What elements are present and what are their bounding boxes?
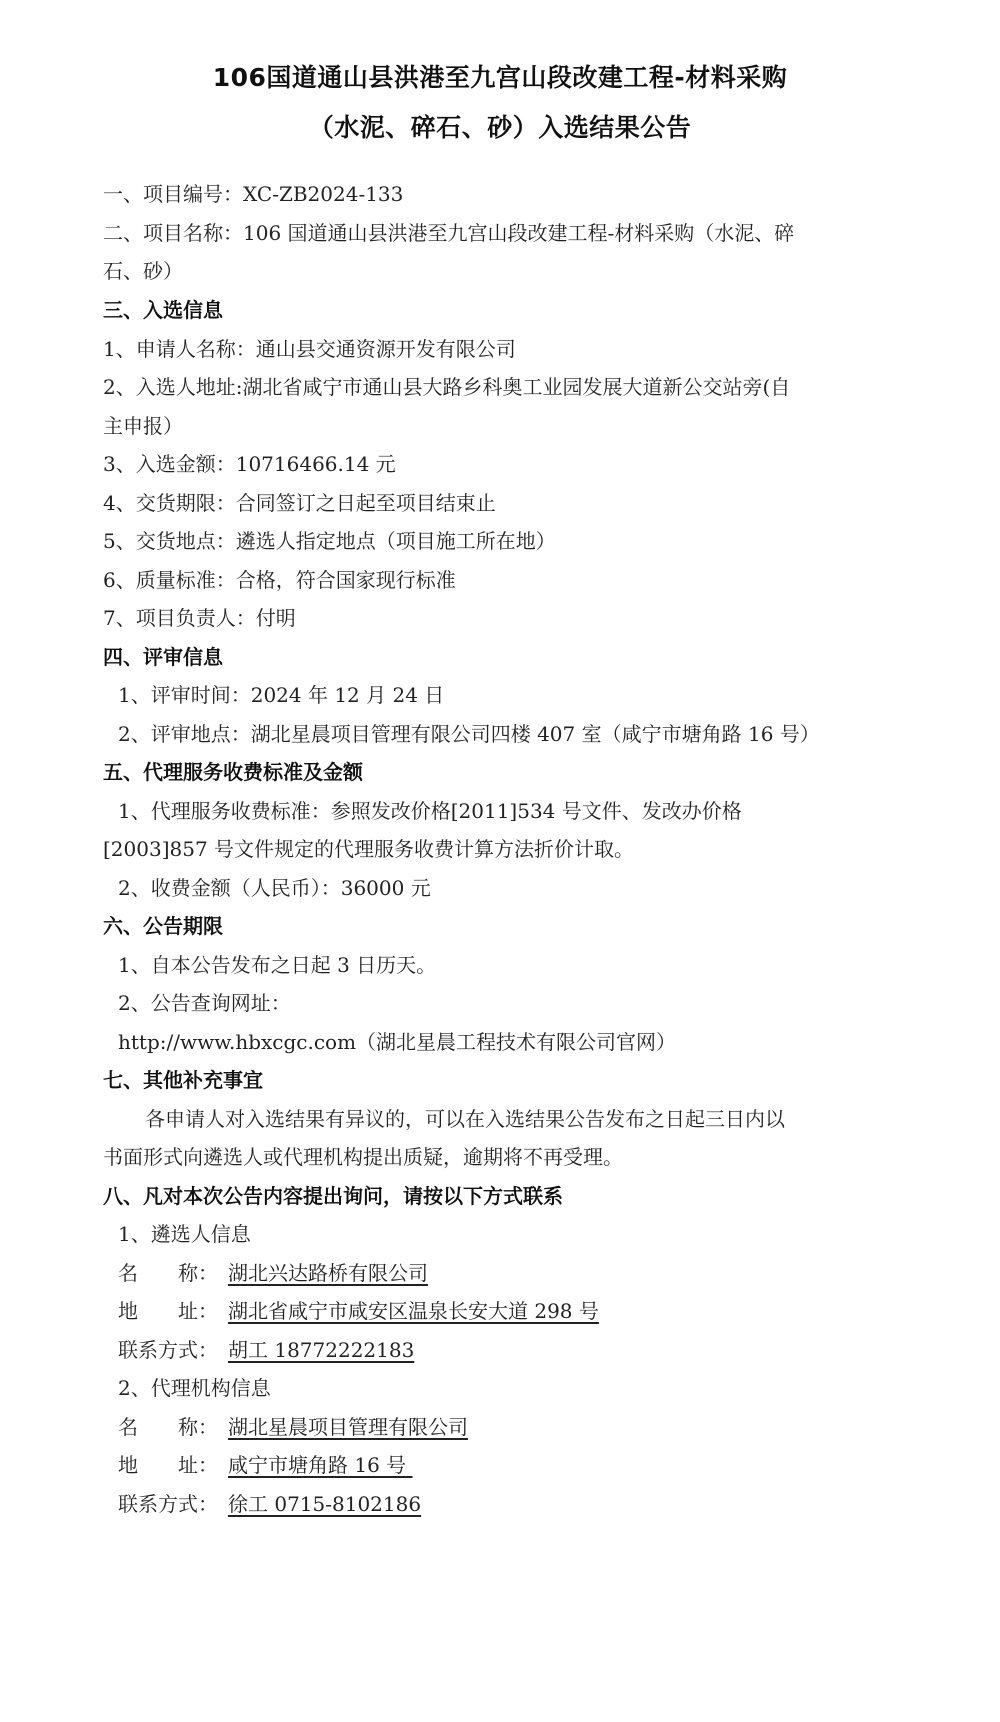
section-heading-other-matters: 七、其他补充事宜 bbox=[103, 1066, 923, 1094]
delivery-location: 5、交货地点：遴选人指定地点（项目施工所在地） bbox=[103, 527, 923, 555]
selected-amount: 3、入选金额：10716466.14 元 bbox=[103, 450, 923, 478]
agency-name-label: 名 称： bbox=[118, 1413, 228, 1441]
project-leader: 7、项目负责人：付明 bbox=[103, 604, 923, 632]
agency-contact-label: 联系方式： bbox=[118, 1490, 228, 1518]
project-name-line1: 二、项目名称：106 国道通山县洪港至九宫山段改建工程-材料采购（水泥、碎 bbox=[103, 219, 923, 247]
page-title-line2: （水泥、碎石、砂）入选结果公告 bbox=[0, 108, 1000, 144]
quality-standard: 6、质量标准：合格，符合国家现行标准 bbox=[103, 566, 923, 594]
selected-address-line1: 2、入选人地址:湖北省咸宁市通山县大路乡科奥工业园发展大道新公交站旁(自 bbox=[103, 373, 923, 401]
agency-contact-value: 徐工 0715-8102186 bbox=[228, 1492, 421, 1516]
agency-fee-standard-line2: [2003]857 号文件规定的代理服务收费计算方法折价计取。 bbox=[103, 835, 923, 863]
review-location: 2、评审地点：湖北星晨项目管理有限公司四楼 407 室（咸宁市塘角路 16 号） bbox=[118, 720, 938, 748]
announcement-duration: 1、自本公告发布之日起 3 日历天。 bbox=[118, 951, 938, 979]
agency-name-row: 名 称：湖北星晨项目管理有限公司 bbox=[118, 1413, 938, 1441]
agency-address-value: 咸宁市塘角路 16 号 bbox=[228, 1453, 413, 1477]
section-heading-review-info: 四、评审信息 bbox=[103, 643, 923, 671]
query-url-label: 2、公告查询网址： bbox=[118, 989, 938, 1017]
agency-contact-row: 联系方式：徐工 0715-8102186 bbox=[118, 1490, 938, 1518]
section-heading-announcement-period: 六、公告期限 bbox=[103, 912, 923, 940]
page-title-line1: 106国道通山县洪港至九宫山段改建工程-材料采购 bbox=[0, 58, 1000, 94]
selector-info-heading: 1、遴选人信息 bbox=[118, 1220, 938, 1248]
agency-name-value: 湖北星晨项目管理有限公司 bbox=[228, 1415, 468, 1439]
selector-contact-label: 联系方式： bbox=[118, 1336, 228, 1364]
section-heading-selection-info: 三、入选信息 bbox=[103, 296, 923, 324]
agency-address-row: 地 址：咸宁市塘角路 16 号 bbox=[118, 1451, 938, 1479]
selector-name-label: 名 称： bbox=[118, 1259, 228, 1287]
review-time: 1、评审时间：2024 年 12 月 24 日 bbox=[118, 681, 938, 709]
section-heading-contact: 八、凡对本次公告内容提出询问，请按以下方式联系 bbox=[103, 1182, 923, 1210]
query-url-link[interactable]: http://www.hbxcgc.com（湖北星晨工程技术有限公司官网） bbox=[118, 1028, 938, 1056]
project-number: 一、项目编号：XC-ZB2024-133 bbox=[103, 180, 923, 208]
selector-name-value: 湖北兴达路桥有限公司 bbox=[228, 1261, 428, 1285]
agency-info-heading: 2、代理机构信息 bbox=[118, 1374, 938, 1402]
agency-fee-standard-line1: 1、代理服务收费标准：参照发改价格[2011]534 号文件、发改办价格 bbox=[118, 797, 938, 825]
project-name-line2: 石、砂） bbox=[103, 257, 923, 285]
objection-notice-line1: 各申请人对入选结果有异议的，可以在入选结果公告发布之日起三日内以 bbox=[145, 1105, 965, 1133]
agency-address-label: 地 址： bbox=[118, 1451, 228, 1479]
delivery-period: 4、交货期限：合同签订之日起至项目结束止 bbox=[103, 489, 923, 517]
selected-address-line2: 主申报） bbox=[103, 412, 923, 440]
selector-name-row: 名 称：湖北兴达路桥有限公司 bbox=[118, 1259, 938, 1287]
selector-address-value: 湖北省咸宁市咸安区温泉长安大道 298 号 bbox=[228, 1299, 599, 1323]
selector-contact-value: 胡工 18772222183 bbox=[228, 1338, 414, 1362]
selector-address-row: 地 址：湖北省咸宁市咸安区温泉长安大道 298 号 bbox=[118, 1297, 938, 1325]
section-heading-agency-fee: 五、代理服务收费标准及金额 bbox=[103, 758, 923, 786]
applicant-name: 1、申请人名称：通山县交通资源开发有限公司 bbox=[103, 335, 923, 363]
agency-fee-amount: 2、收费金额（人民币）：36000 元 bbox=[118, 874, 938, 902]
selector-address-label: 地 址： bbox=[118, 1297, 228, 1325]
objection-notice-line2: 书面形式向遴选人或代理机构提出质疑，逾期将不再受理。 bbox=[103, 1143, 923, 1171]
announcement-page: 106国道通山县洪港至九宫山段改建工程-材料采购 （水泥、碎石、砂）入选结果公告… bbox=[0, 0, 1000, 1722]
selector-contact-row: 联系方式：胡工 18772222183 bbox=[118, 1336, 938, 1364]
